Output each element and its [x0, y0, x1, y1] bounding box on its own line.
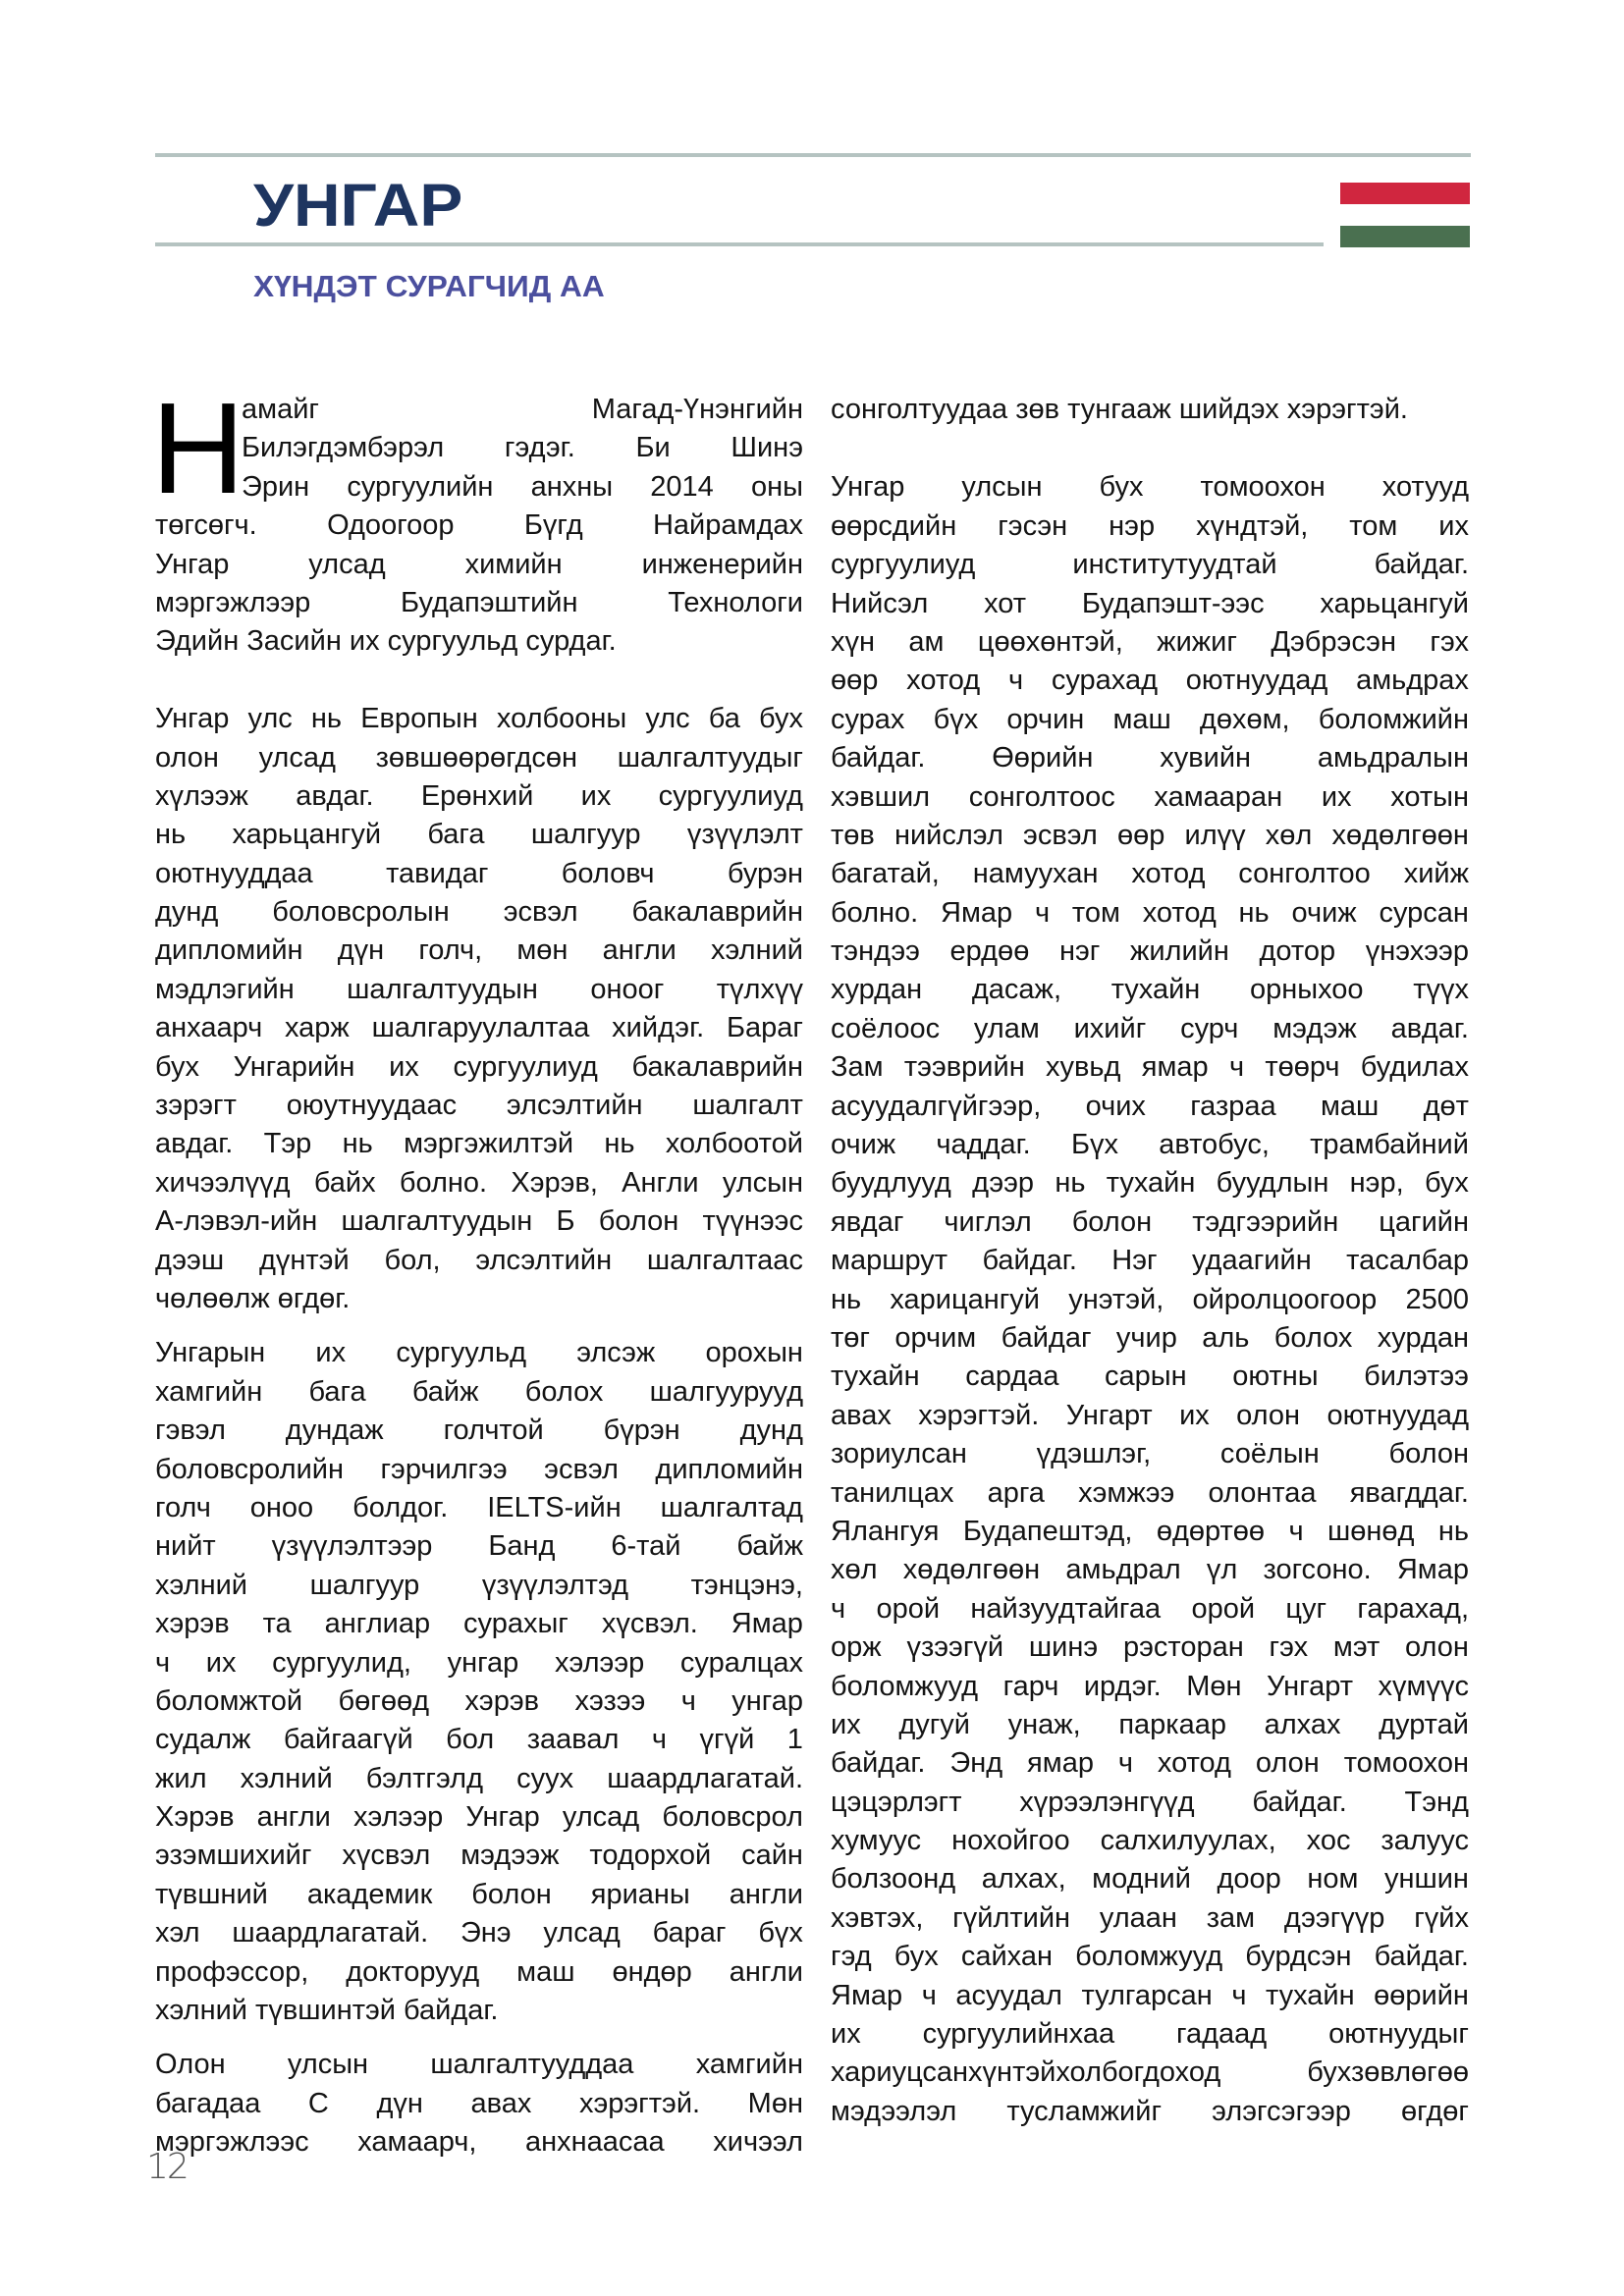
word: тухайн	[1266, 1977, 1355, 2015]
word: ч	[1288, 1513, 1303, 1551]
word: цэцэрлэгт	[831, 1784, 962, 1822]
word: трамбайний	[1310, 1126, 1469, 1164]
text-line: Унгарынихсургуульдэлсэжорохын	[155, 1334, 803, 1372]
word: хөл	[1266, 817, 1313, 855]
word: заавал	[527, 1721, 620, 1759]
text-line: төгорчимбайдагучиральболоххурдан	[831, 1319, 1469, 1358]
word: Нэг	[1111, 1242, 1157, 1280]
text-line: хэлнийшалгуурүзүүлэлтэдтэнцэнэ,	[155, 1567, 803, 1605]
word: рэсторан	[1123, 1629, 1244, 1667]
word: шалгуурууд	[650, 1373, 803, 1412]
word: хотод	[1158, 1744, 1231, 1783]
word: их	[831, 1706, 861, 1744]
word: Будапэштийн	[401, 584, 577, 622]
word: инженерийн	[642, 546, 803, 584]
word: гэд	[831, 1938, 872, 1976]
text-line: тэндээердөөнэгжилийндоторүнэхээр	[831, 933, 1469, 971]
word: тасалбар	[1346, 1242, 1469, 1280]
text-line: багадааСдүнаваххэрэгтэй.Мөн	[155, 2085, 803, 2123]
word: цагийн	[1379, 1203, 1469, 1242]
text-line: бухУнгарийнихсургуулиудбакалаврийн	[155, 1048, 803, 1087]
word: Билэгдэмбэрэл	[242, 429, 444, 467]
word: шалгалтуудын	[342, 1202, 533, 1241]
word: бух	[155, 1048, 199, 1087]
word: гүйх	[1414, 1899, 1469, 1938]
text-line: төгсөгч.ОдоогоорБүгдНайрамдах	[155, 507, 803, 545]
word: хэлээр	[353, 1798, 443, 1837]
word: А-лэвэл-ийн	[155, 1202, 317, 1241]
drop-cap: Н	[151, 391, 244, 507]
word: Тэр	[264, 1125, 312, 1163]
word: үзүүлэлтэд	[482, 1567, 628, 1605]
word: олон	[1405, 1629, 1469, 1667]
word: ч	[1118, 1744, 1133, 1783]
word: өөр	[1117, 817, 1164, 855]
word: доор	[1217, 1860, 1280, 1898]
word: амьдрах	[1356, 662, 1469, 700]
word: амайг	[242, 391, 319, 429]
word: дөхөм,	[1200, 701, 1290, 739]
text-line: жилхэлнийбэлтгэлдсуухшаардлагатай.	[155, 1760, 803, 1798]
word: үгүй	[700, 1721, 755, 1759]
word: бага	[427, 816, 484, 854]
word: харьцангуй	[232, 816, 381, 854]
word: боломжууд	[1075, 1938, 1222, 1976]
word: мэт	[1333, 1629, 1380, 1667]
paragraph-gap	[155, 2030, 803, 2046]
word: англи	[730, 1953, 803, 1992]
text-line: боломжтойбөгөөдхэрэвхэзээчунгар	[155, 1682, 803, 1721]
word: нийслэл	[894, 817, 1003, 855]
word: соёлын	[1220, 1435, 1320, 1473]
word: тавидаг	[386, 855, 488, 893]
text-line: аваххэрэгтэй.Унгартихолоноютнуудад	[831, 1397, 1469, 1435]
word: суралцах	[680, 1644, 803, 1682]
word: ирдэг.	[1084, 1668, 1162, 1706]
word: амьдрал	[1065, 1551, 1180, 1589]
text-line: асуудалгүйгээр,очихгазраамашдөт	[831, 1088, 1469, 1126]
word: хамгийн	[155, 1373, 262, 1412]
word: сургуульд	[396, 1334, 526, 1372]
text-line: чоройнайзуудтайгааоройцуггарахад,	[831, 1590, 1469, 1629]
word: их	[206, 1644, 237, 1682]
text-line: багатай,намууханхотодсонголтоохийж	[831, 855, 1469, 893]
text-line: дундболовсролынэсвэлбакалаврийн	[155, 893, 803, 932]
word: том	[1349, 507, 1397, 546]
word: ч	[831, 1590, 845, 1629]
word: нэр,	[1350, 1164, 1404, 1202]
word: улам	[974, 1010, 1040, 1048]
word: харицангуй	[890, 1281, 1040, 1319]
word: тухайн	[1111, 971, 1201, 1009]
word: улсын	[288, 2046, 368, 2084]
word: бакалаврийн	[631, 893, 803, 932]
left-column-paragraphs: амайгМагад-ҮнэнгийнБилэгдэмбэрэлгэдэг.Би…	[155, 391, 803, 2163]
word: академик	[307, 1876, 432, 1914]
text-line: танилцахаргахэмжээолонтааявагддаг.	[831, 1474, 1469, 1513]
word: их	[315, 1334, 346, 1372]
word: амьдралын	[1318, 739, 1469, 777]
word: суух	[516, 1760, 573, 1798]
word: гэвэл	[155, 1412, 226, 1450]
word: хүлээж	[155, 777, 248, 816]
word: унаж,	[1008, 1706, 1081, 1744]
text-line: профэссор,докторуудмашөндөрангли	[155, 1953, 803, 1992]
word: ердөө	[950, 933, 1030, 971]
word: хэлээр	[555, 1644, 644, 1682]
word: холбоотой	[666, 1125, 803, 1163]
word: шалгалтад	[661, 1489, 803, 1527]
word: сургуулиуд	[831, 546, 975, 584]
word: орчим	[894, 1319, 976, 1358]
word: болон	[471, 1876, 552, 1914]
word: боловсрол	[662, 1798, 803, 1837]
word: залуус	[1380, 1822, 1469, 1860]
word: байдаг.	[982, 1242, 1076, 1280]
word: байдаг.	[1375, 546, 1469, 584]
word: уншин	[1384, 1860, 1469, 1898]
word: бух	[894, 1938, 939, 1976]
word: Магад-Үнэнгийн	[592, 391, 803, 429]
word: хүсвэл.	[602, 1605, 698, 1643]
word: Ямар	[941, 894, 1012, 933]
word: паркаар	[1118, 1706, 1226, 1744]
word: болон	[1388, 1435, 1469, 1473]
word: Найрамдах	[653, 507, 803, 545]
word: төөрч	[1265, 1048, 1339, 1087]
word: сайхан	[961, 1938, 1053, 1976]
word: хотод	[1131, 855, 1205, 893]
word: Ялангуя	[831, 1513, 939, 1551]
word: сургуулийнхаа	[923, 2015, 1115, 2054]
text-line: судалжбайгаагүйболзаавалчүгүй1	[155, 1721, 803, 1759]
word: хурдан	[831, 971, 922, 1009]
word: хүн	[831, 623, 875, 662]
text-line: боломжуудгарчирдэг.МөнУнгартхүмүүс	[831, 1668, 1469, 1706]
word: олон	[1256, 1744, 1320, 1783]
text-line: мэдлэгийншалгалтуудыноноогтүлхүү	[155, 971, 803, 1009]
word: анхны	[531, 468, 614, 507]
text-line: НийсэлхотБудапэшт-ээсхарьцангуй	[831, 585, 1469, 623]
word: болзоонд	[831, 1860, 955, 1898]
word: буудлууд	[831, 1164, 951, 1202]
text-line: олонулсадзөвшөөрөгдсөншалгалтуудыг	[155, 739, 803, 777]
word: дипломийн	[655, 1451, 803, 1489]
word: Унгар	[155, 700, 229, 738]
word: үдэшлэг,	[1037, 1435, 1152, 1473]
word: асуудалгүйгээр,	[831, 1088, 1041, 1126]
text-line: болзоондалхах,моднийдоорномуншин	[831, 1860, 1469, 1898]
word: өөрсдийн	[831, 507, 956, 546]
word: Эрин	[242, 468, 309, 507]
word: ч	[922, 1977, 937, 2015]
text-line: оржүзээгүйшинэрэсторангэхмэтолон	[831, 1629, 1469, 1667]
word: өгдөг	[1401, 2093, 1469, 2131]
word: хэлний	[241, 1760, 333, 1798]
text-line: Ямарчасуудалтулгарсанчтухайнөөрийн	[831, 1977, 1469, 2015]
word: хийдэг.	[612, 1009, 704, 1047]
word: бухзөвлөгөө	[1307, 2054, 1469, 2092]
word: шалгалтаас	[647, 1242, 803, 1280]
hungary-flag-icon	[1340, 183, 1470, 248]
word: Унгар	[155, 546, 229, 584]
word: боломжууд	[831, 1668, 978, 1706]
word: төг	[831, 1319, 870, 1358]
word: нь	[1239, 894, 1270, 933]
word: ч	[1229, 1048, 1244, 1087]
word: учир	[1116, 1319, 1177, 1358]
word: байдаг.	[1252, 1784, 1346, 1822]
word: хэрэгтэй.	[918, 1397, 1039, 1435]
word: удаагийн	[1192, 1242, 1312, 1280]
word: өдөртөө	[1157, 1513, 1265, 1551]
word: Будапештэд,	[963, 1513, 1133, 1551]
word: их	[831, 2015, 861, 2054]
word: их	[1438, 507, 1469, 546]
text-line: төвнийслэлэсвэлөөрилүүхөлхөдөлгөөн	[831, 817, 1469, 855]
word: түлхүү	[717, 971, 803, 1009]
right-column: сонголтуудаа зөв тунгааж шийдэх хэрэгтэй…	[831, 391, 1469, 2131]
word: ямар	[1027, 1744, 1094, 1783]
text-line: сургуулиудинститутуудтайбайдаг.	[831, 546, 1469, 584]
word: Тэнд	[1405, 1784, 1469, 1822]
word: билэтээ	[1364, 1358, 1469, 1396]
text-line: боловсролийнгэрчилгэээсвэлдипломийн	[155, 1451, 803, 1489]
word: ихийг	[1074, 1010, 1147, 1048]
paragraph: ОлонулсыншалгалтууддаахамгийнбагадааСдүн…	[155, 2046, 803, 2162]
word: ам	[908, 623, 944, 662]
word: боломжийн	[1319, 701, 1469, 739]
word: оны	[751, 468, 803, 507]
word: эсвэл	[1023, 817, 1098, 855]
word: үзээгүй	[906, 1629, 1003, 1667]
word: боловсролын	[272, 893, 449, 932]
word: асуудал	[955, 1977, 1062, 2015]
word: ч	[1008, 662, 1023, 700]
word: сонголтоо	[1238, 855, 1371, 893]
text-line: ньхарьцангуйбагашалгуурүзүүлэлт	[155, 816, 803, 854]
word: Зам	[831, 1048, 884, 1087]
word: шалгалт	[692, 1087, 803, 1125]
word: дунд	[740, 1412, 803, 1450]
word: бөгөөд	[339, 1682, 430, 1721]
word: оютнуудад	[1326, 1397, 1469, 1435]
paragraph-gap	[155, 1318, 803, 1334]
word: авдаг.	[296, 777, 373, 816]
word: газраа	[1190, 1088, 1275, 1126]
text-line: ньхарицангуйунэтэй,ойролцоогоор2500	[831, 1281, 1469, 1319]
text-line: ихдугуйунаж,паркааралхахдуртай	[831, 1706, 1469, 1744]
word: мэдээлэл	[831, 2093, 956, 2131]
text-line: зориулсанүдэшлэг,соёлынболон	[831, 1435, 1469, 1473]
word: томоохон	[1200, 468, 1325, 507]
word: шалгаруулалтаа	[372, 1009, 590, 1047]
word: Шинэ	[731, 429, 803, 467]
word: хэл	[155, 1914, 200, 1952]
word: шалгуур	[310, 1567, 420, 1605]
word: хөдөлгөөн	[903, 1551, 1040, 1589]
word: хэзээ	[574, 1682, 645, 1721]
text-line: оютнууддаатавидагболовчбурэн	[155, 855, 803, 893]
word: нь	[1055, 1164, 1085, 1202]
text-line: эзэмшихийгхүсвэлмэдээжтодорхойсайн	[155, 1837, 803, 1875]
word: улсын	[961, 468, 1042, 507]
word: хэрэгтэй.	[579, 2085, 700, 2123]
paragraph: Унгарулсынбухтомоохонхотуудөөрсдийнгэсэн…	[831, 468, 1469, 2131]
text-line: Олонулсыншалгалтууддаахамгийн	[155, 2046, 803, 2084]
word: гадаад	[1176, 2015, 1267, 2054]
text-line: дипломийндүнголч,мөнанглихэлний	[155, 932, 803, 970]
word: улсад	[543, 1914, 620, 1952]
flag-stripe-red	[1340, 183, 1470, 204]
word: голч,	[418, 932, 482, 970]
word: очих	[1086, 1088, 1146, 1126]
word: анхаарч	[155, 1009, 262, 1047]
text-line: мэргэжлээрБудапэштийнТехнологи	[155, 584, 803, 622]
word: орохын	[706, 1334, 803, 1372]
word: ном	[1307, 1860, 1358, 1898]
text-line: хүнамцөөхөнтэй,жижигДэбрэсэнгэх	[831, 623, 1469, 662]
text-line: ЯлангуяБудапештэд,өдөртөөчшөнөднь	[831, 1513, 1469, 1551]
word: Европын	[360, 700, 478, 738]
word: дасаж,	[972, 971, 1061, 1009]
word: бүх	[934, 701, 979, 739]
word: болон	[1072, 1203, 1153, 1242]
word: гарахад,	[1357, 1590, 1469, 1629]
word: очиж	[1291, 894, 1356, 933]
word: ч	[1035, 894, 1050, 933]
word: ч	[155, 1644, 170, 1682]
word: унэтэй,	[1068, 1281, 1164, 1319]
word: гэх	[1430, 623, 1469, 662]
text-line: сонголтуудаа зөв тунгааж шийдэх хэрэгтэй…	[831, 391, 1469, 429]
text-line: чихсургуулид,унгархэлээрсуралцах	[155, 1644, 803, 1682]
word: хэвшил	[831, 778, 930, 817]
word: болон	[599, 1202, 679, 1241]
word: бурдсэн	[1245, 1938, 1351, 1976]
text-line: явдагчиглэлболонтэдгээрийнцагийн	[831, 1203, 1469, 1242]
word: түүнээс	[703, 1202, 803, 1241]
word: маш	[516, 1953, 574, 1992]
word: бух	[759, 700, 803, 738]
word: төв	[831, 817, 875, 855]
word: явагддаг.	[1350, 1474, 1469, 1513]
word: дунд	[155, 893, 218, 932]
section-subtitle: ХҮНДЭТ СУРАГЧИД АА	[253, 269, 605, 304]
text-line: Унгарулсадхимийнинженерийн	[155, 546, 803, 584]
word: бүрэн	[604, 1412, 680, 1450]
word: өөр	[831, 662, 878, 700]
word: болох	[525, 1373, 604, 1412]
word: олон	[155, 739, 219, 777]
header-bottom-rule	[155, 242, 1324, 246]
word: анхнаасаа	[525, 2123, 665, 2162]
word: боломжтой	[155, 1682, 302, 1721]
text-line: Билэгдэмбэрэлгэдэг.БиШинэ	[155, 429, 803, 467]
text-line: авдаг.Тэрньмэргэжилтэйньхолбоотой	[155, 1125, 803, 1163]
word: өөрийн	[1374, 1977, 1469, 2015]
word: Будапэшт-ээс	[1082, 585, 1265, 623]
word: Энд	[949, 1744, 1002, 1783]
word: жил	[155, 1760, 207, 1798]
word: гэрчилгээ	[380, 1451, 507, 1489]
word: соёлоос	[831, 1010, 940, 1048]
word: дотор	[1259, 933, 1335, 971]
word: олон	[1236, 1397, 1300, 1435]
word: болох	[1274, 1319, 1353, 1358]
word: маш	[1112, 701, 1170, 739]
word: улс	[247, 700, 292, 738]
word: эзэмшихийг	[155, 1837, 311, 1875]
word: хамгийн	[696, 2046, 803, 2084]
paragraph: сонголтуудаа зөв тунгааж шийдэх хэрэгтэй…	[831, 391, 1469, 429]
word: орой	[876, 1590, 940, 1629]
word: Нийсэл	[831, 585, 928, 623]
word: химийн	[465, 546, 563, 584]
word: ярианы	[591, 1876, 690, 1914]
text-line: анхаарчхаржшалгаруулалтаахийдэг.Бараг	[155, 1009, 803, 1047]
paragraph-gap	[155, 662, 803, 700]
word: 2014	[650, 468, 714, 507]
word: хумуус	[831, 1822, 921, 1860]
word: сургуулид,	[272, 1644, 411, 1682]
word: улаан	[1100, 1899, 1177, 1938]
text-line: өөрсдийнгэсэннэрхүндтэй,томих	[831, 507, 1469, 546]
text-line: амайгМагад-Үнэнгийн	[155, 391, 803, 429]
word: хотод	[1143, 894, 1217, 933]
word: хичээлүүд	[155, 1164, 291, 1202]
word: бух	[1100, 468, 1144, 507]
word: англи	[603, 932, 677, 970]
word: орныхоо	[1250, 971, 1364, 1009]
word: 1	[787, 1721, 803, 1759]
word: сурахыг	[463, 1605, 568, 1643]
word: маршрут	[831, 1242, 947, 1280]
text-line: нийтүзүүлэлтээрБанд6-тайбайж	[155, 1527, 803, 1566]
word: голч	[155, 1489, 211, 1527]
word: дүн	[376, 2085, 422, 2123]
text-line: А-лэвэл-ийншалгалтуудынБболонтүүнээс	[155, 1202, 803, 1241]
word: хүрээлэнгүүд	[1019, 1784, 1194, 1822]
word: хариуцсанхүнтэйхолбогдоход	[831, 2054, 1220, 2092]
word: зэрэгт	[155, 1087, 237, 1125]
text-line: хариуцсанхүнтэйхолбогдоходбухзөвлөгөө	[831, 2054, 1469, 2092]
word: бакалаврийн	[631, 1048, 803, 1087]
word: та	[263, 1605, 292, 1643]
word: нь	[311, 700, 342, 738]
word: дуртай	[1379, 1706, 1469, 1744]
word: хотын	[1390, 778, 1469, 817]
word: түвшний	[155, 1876, 268, 1914]
word: их	[1179, 1397, 1210, 1435]
word: тээврийн	[904, 1048, 1025, 1087]
word: шаардлагатай.	[232, 1914, 428, 1952]
word: судалж	[155, 1721, 250, 1759]
word: будилах	[1361, 1048, 1469, 1087]
word: ч	[652, 1721, 667, 1759]
word: байдаг	[1001, 1319, 1092, 1358]
word: авдаг.	[1391, 1010, 1469, 1048]
word: унгар	[731, 1682, 803, 1721]
word: Банд	[488, 1527, 555, 1566]
word: 6-тай	[611, 1527, 680, 1566]
word: боловсролийн	[155, 1451, 344, 1489]
word: шаардлагатай.	[607, 1760, 803, 1798]
word: тусламжийг	[1006, 2093, 1162, 2131]
word: нийт	[155, 1527, 216, 1566]
text-line: очижчаддаг.Бүхавтобус,трамбайний	[831, 1126, 1469, 1164]
word: тулгарсан	[1082, 1977, 1213, 2015]
